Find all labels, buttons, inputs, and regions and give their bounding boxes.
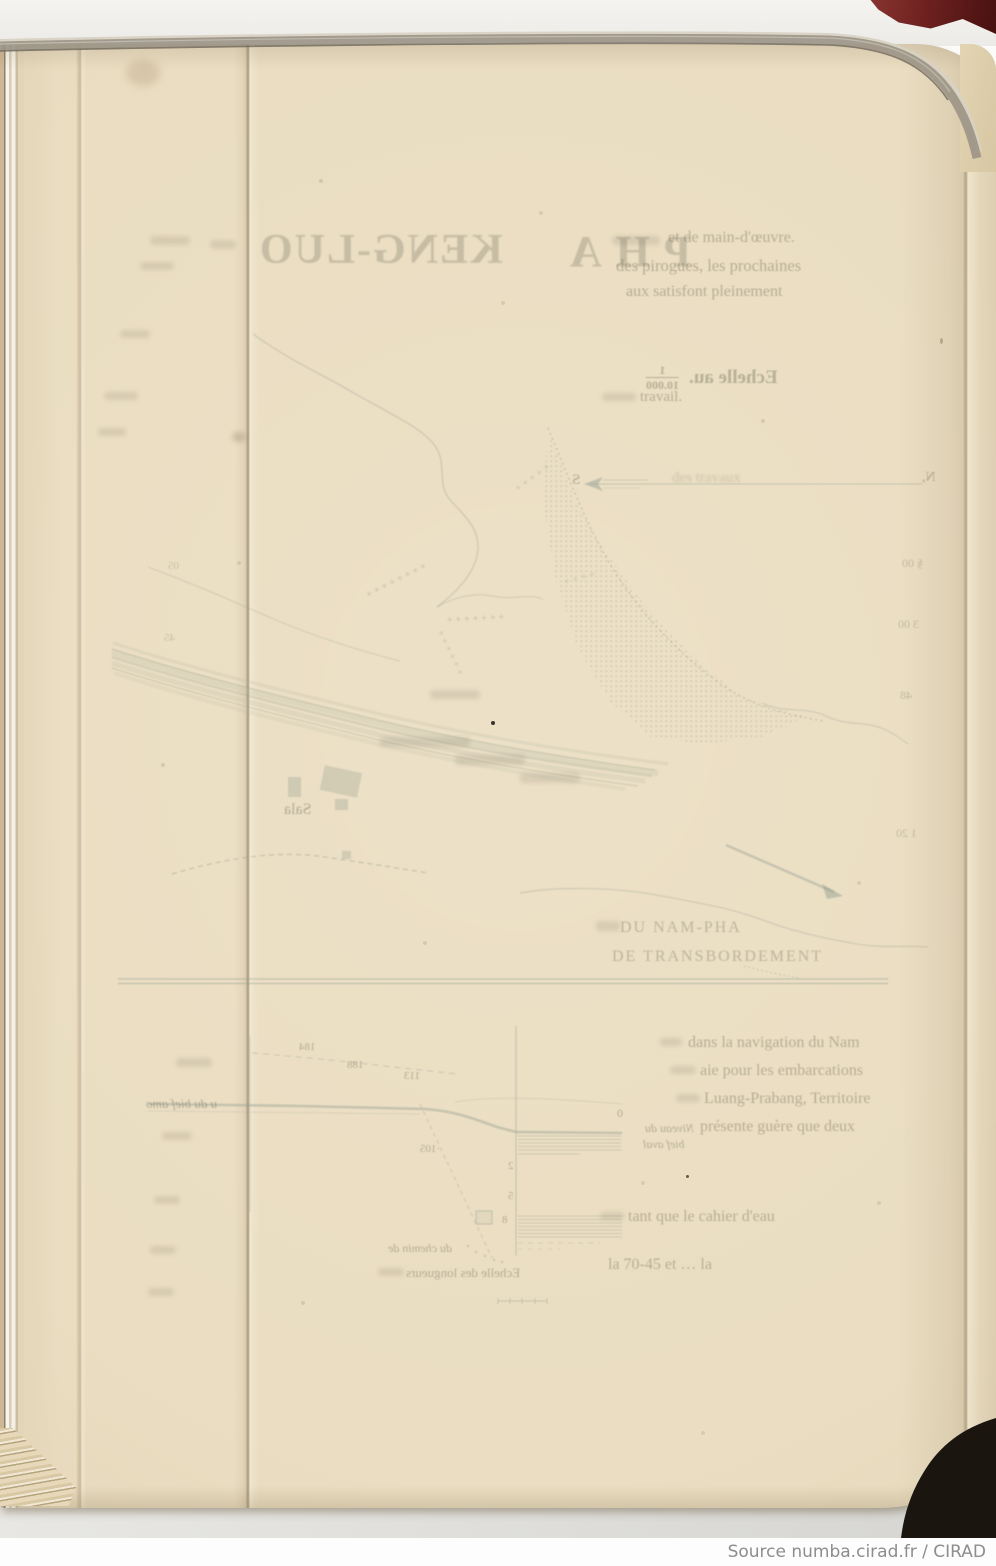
ink-smudge xyxy=(154,1196,180,1204)
black-cover-corner xyxy=(901,1418,996,1538)
ink-smudge xyxy=(378,1268,404,1276)
profile-bief-amont: u du bief amo xyxy=(146,1096,217,1112)
profile-tick-2: 2 xyxy=(508,1160,514,1172)
profile-elevation: 188 xyxy=(347,1059,364,1071)
offset-text-line: Luang-Prabang, Territoire xyxy=(704,1090,871,1108)
profile-zero: 0 xyxy=(617,1106,623,1121)
offset-caption-line1: DU NAM-PHA xyxy=(620,919,742,937)
ink-smudge xyxy=(670,1066,696,1074)
source-credit: Source numba.cirad.fr / CIRAD xyxy=(728,1542,986,1562)
margin-mark: 05 xyxy=(168,560,179,572)
offset-text-line: aie pour les embarcations xyxy=(700,1062,863,1080)
ink-smudge xyxy=(140,262,174,270)
margin-mark: 48 xyxy=(900,688,912,703)
ink-smudge xyxy=(612,236,660,245)
margin-mark: § 00 xyxy=(902,556,923,571)
svg-text:+++++++: +++++++ xyxy=(447,612,508,626)
ink-smudge xyxy=(596,921,620,931)
ink-smudge xyxy=(162,1132,192,1140)
ink-smudge xyxy=(600,1212,624,1220)
offset-text-line: dans la navigation du Nam xyxy=(688,1034,860,1052)
offset-text-travail: travail. xyxy=(640,389,682,406)
offset-text-line: présente guère que deux xyxy=(700,1118,855,1136)
offset-text-line: la 70-45 et … la xyxy=(608,1256,712,1274)
ink-smudge xyxy=(150,1246,176,1254)
ink-smudge xyxy=(455,755,525,765)
profile-niveau-line1: Niveau du xyxy=(645,1121,694,1136)
page-stack-top-edge xyxy=(0,33,980,158)
offset-text-travaux: des travaux xyxy=(672,470,741,487)
margin-mark: 45 xyxy=(164,632,175,644)
profile-tick-8: 8 xyxy=(502,1214,508,1226)
scale-fraction: 1 10.000 xyxy=(646,364,679,391)
ink-smudge xyxy=(380,737,470,747)
book-scan-page: ++++++++ +++++++ ++++++ +++++ ++++ xyxy=(0,0,996,1566)
ink-smudge xyxy=(176,1058,212,1067)
ink-smudge xyxy=(120,330,150,338)
svg-text:++++++: ++++++ xyxy=(434,628,467,679)
profile-elevation-105: ·105 xyxy=(420,1143,440,1155)
scale-label: Echelle au. xyxy=(689,367,778,389)
ink-smudge xyxy=(210,240,236,249)
profile-linework xyxy=(148,1026,622,1304)
map-linework: ++++++++ +++++++ ++++++ +++++ ++++ xyxy=(112,334,928,984)
bleed-title-keng-luo: KENG-LUO xyxy=(258,226,503,274)
bleed-sala-label: Sala xyxy=(284,801,312,819)
compass-n: N, xyxy=(922,470,936,486)
offset-text-line: et de main-d'œuvre. xyxy=(668,229,795,247)
profile-elevation: 184 xyxy=(299,1041,316,1053)
ink-smudge xyxy=(148,1288,174,1296)
ink-smudge xyxy=(98,428,126,436)
ink-smudge xyxy=(520,773,580,783)
ink-smudge xyxy=(430,690,480,699)
profile-tick-5: 5 xyxy=(508,1190,514,1202)
ink-smudge xyxy=(602,393,636,401)
profile-niveau-line2: bief aval xyxy=(643,1137,685,1152)
ink-smudge xyxy=(676,1094,700,1102)
offset-caption-line2: DE TRANSBORDEMENT xyxy=(612,948,823,966)
ink-smudge xyxy=(104,392,138,400)
offset-text-line: aux satisfont pleinement xyxy=(626,283,782,301)
profile-echelle-longueurs: Echelle des longueurs xyxy=(406,1265,520,1281)
margin-mark: 1 20 xyxy=(896,826,917,841)
ink-smudge xyxy=(150,236,190,245)
svg-text:++++++++: ++++++++ xyxy=(364,559,431,600)
margin-mark: 3 00 xyxy=(898,617,919,632)
compass-s: S xyxy=(572,472,580,489)
bleed-scale-caption: Echelle au. 1 10.000 xyxy=(646,364,778,391)
profile-chemin-label: du chemin de xyxy=(388,1241,452,1256)
offset-text-line: tant que le cahier d'eau xyxy=(628,1208,775,1226)
ink-smudge xyxy=(660,1038,682,1046)
offset-text-line: des pirogues, les prochaines xyxy=(616,256,801,276)
watermark-bar: Source numba.cirad.fr / CIRAD xyxy=(0,1538,996,1566)
profile-elevation: 113 xyxy=(404,1070,420,1082)
